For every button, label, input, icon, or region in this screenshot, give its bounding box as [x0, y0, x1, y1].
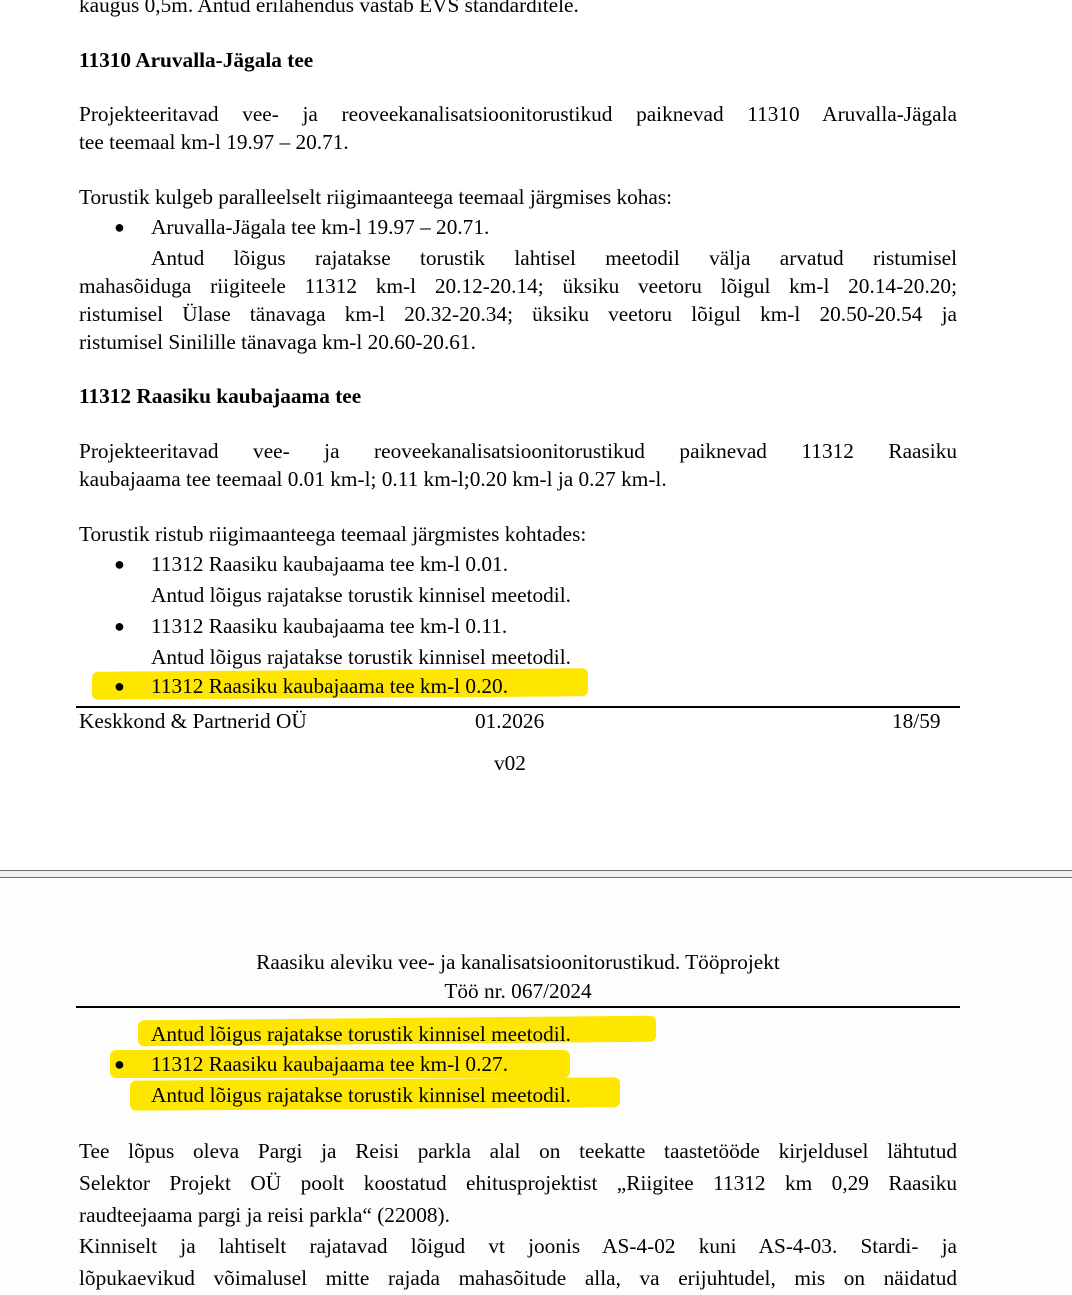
list-item-note: Antud lõigus rajatakse torustik kinnisel…	[151, 581, 571, 609]
paragraph-line: Antud lõigus rajatakse torustik lahtisel…	[151, 244, 957, 272]
bullet-icon: ●	[114, 612, 125, 640]
list-lead: Torustik ristub riigimaanteega teemaal j…	[79, 520, 586, 548]
header-rule	[76, 1006, 960, 1008]
footer-company: Keskkond & Partnerid OÜ	[79, 707, 307, 735]
list-item-note: Antud lõigus rajatakse torustik kinnisel…	[151, 643, 571, 671]
header-work-number: Töö nr. 067/2024	[79, 977, 957, 1005]
bullet-icon: ●	[114, 550, 125, 578]
section-heading-11312: 11312 Raasiku kaubajaama tee	[79, 382, 361, 410]
footer-date: 01.2026	[475, 707, 544, 735]
list-item: 11312 Raasiku kaubajaama tee km-l 0.01.	[151, 550, 508, 578]
paragraph-line: kaubajaama tee teemaal 0.01 km-l; 0.11 k…	[79, 465, 667, 493]
footer-page-number: 18/59	[892, 707, 941, 735]
paragraph-line: lõpukaevikud võimalusel mitte rajada mah…	[79, 1264, 957, 1292]
paragraph-line: Tee lõpus oleva Pargi ja Reisi parkla al…	[79, 1137, 957, 1165]
page-separator	[0, 870, 1072, 878]
paragraph-line: Selektor Projekt OÜ poolt koostatud ehit…	[79, 1169, 957, 1197]
list-item: 11312 Raasiku kaubajaama tee km-l 0.11.	[151, 612, 507, 640]
list-item-note-highlighted: Antud lõigus rajatakse torustik kinnisel…	[151, 1020, 571, 1048]
paragraph-line: Projekteeritavad vee- ja reoveekanalisat…	[79, 437, 957, 465]
paragraph-line: ristumisel Ülase tänavaga km-l 20.32-20.…	[79, 300, 957, 328]
paragraph-line: ristumisel Sinilille tänavaga km-l 20.60…	[79, 328, 476, 356]
list-item-highlighted: 11312 Raasiku kaubajaama tee km-l 0.27.	[151, 1050, 508, 1078]
list-item-highlighted: 11312 Raasiku kaubajaama tee km-l 0.20.	[151, 672, 508, 700]
bullet-icon: ●	[114, 213, 125, 241]
paragraph-fragment: kaugus 0,5m. Antud erilahendus vastab EV…	[79, 0, 579, 19]
paragraph-line: Kinniselt ja lahtiselt rajatavad lõigud …	[79, 1232, 957, 1260]
paragraph-line: mahasõiduga riigiteele 11312 km-l 20.12-…	[79, 272, 957, 300]
section-heading-11310: 11310 Aruvalla-Jägala tee	[79, 46, 313, 74]
list-item: Aruvalla-Jägala tee km-l 19.97 – 20.71.	[151, 213, 489, 241]
paragraph-line: tee teemaal km-l 19.97 – 20.71.	[79, 128, 349, 156]
footer-version: v02	[494, 749, 526, 777]
bullet-icon: ●	[114, 1050, 125, 1078]
list-item-note-highlighted: Antud lõigus rajatakse torustik kinnisel…	[151, 1081, 571, 1109]
list-lead: Torustik kulgeb paralleelselt riigimaant…	[79, 183, 672, 211]
bullet-icon: ●	[114, 672, 125, 700]
paragraph-line: Projekteeritavad vee- ja reoveekanalisat…	[79, 100, 957, 128]
header-title: Raasiku aleviku vee- ja kanalisatsioonit…	[79, 948, 957, 976]
paragraph-line: raudteejaama pargi ja reisi parkla“ (220…	[79, 1201, 450, 1229]
